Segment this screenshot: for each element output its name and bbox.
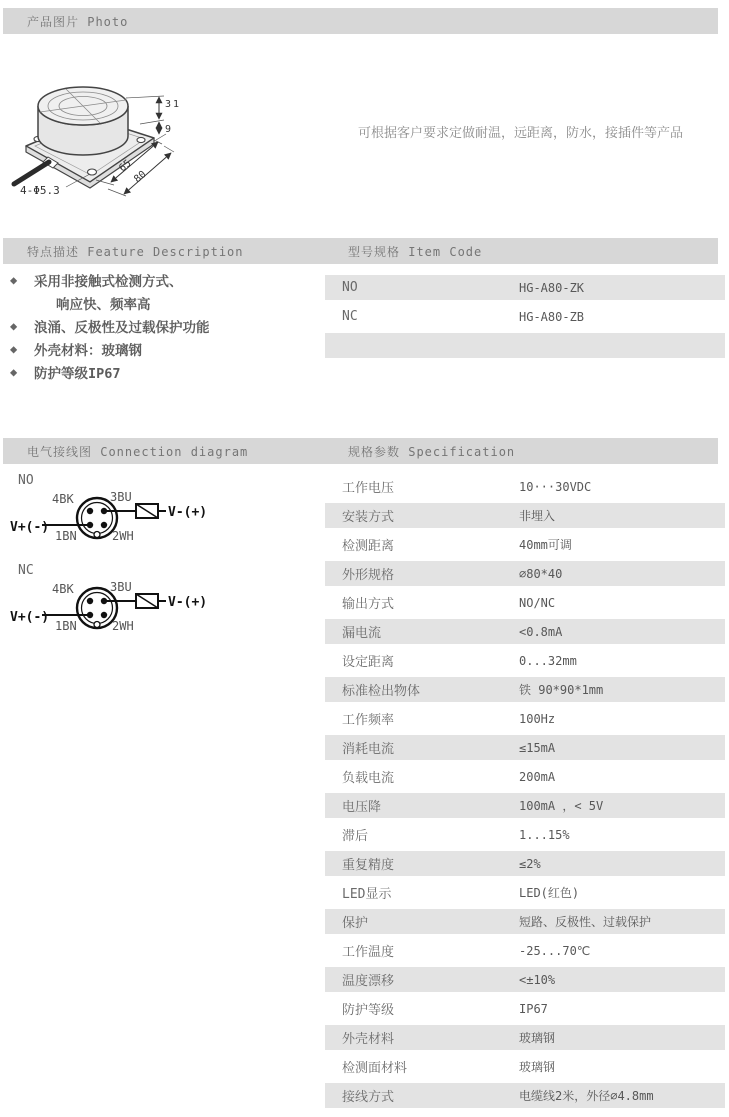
pin-1bn-label: 1BN — [55, 619, 77, 633]
wiring-diagram: NC 4BK 3BU 1BN 2WH — [8, 558, 233, 648]
spec-row: 检测距离 40mm可调 — [325, 532, 725, 557]
spec-row: 安装方式 非埋入 — [325, 503, 725, 528]
pin-1bn-label: 1BN — [55, 529, 77, 543]
spec-value: -25...70℃ — [519, 944, 590, 958]
spec-value: <0.8mA — [519, 625, 562, 639]
spec-label: 防护等级 — [325, 999, 394, 1018]
wiring-diagrams: NO 4BK 3BU 1BN 2WH — [8, 468, 233, 648]
spec-row: 工作频率 100Hz — [325, 706, 725, 731]
spec-row: 滞后 1...15% — [325, 822, 725, 847]
spec-value: 玻璃钢 — [519, 1029, 555, 1046]
spec-row: 消耗电流 ≤15mA — [325, 735, 725, 760]
diamond-bullet-icon: ◆ — [10, 273, 34, 287]
spec-row: 负载电流 200mA — [325, 764, 725, 789]
spec-label: 消耗电流 — [325, 738, 394, 757]
spec-value: LED(红色) — [519, 884, 579, 901]
dim-holes-label: 4-Φ5.3 — [20, 184, 60, 197]
spec-row: 接线方式 电缆线2米，外径∅4.8mm — [325, 1083, 725, 1108]
spec-label: 标准检出物体 — [325, 680, 420, 699]
pin-4bk-label: 4BK — [52, 582, 74, 596]
spec-value: 10···30VDC — [519, 480, 591, 494]
spec-label: 外壳材料 — [325, 1028, 394, 1047]
spec-row: 漏电流 <0.8mA — [325, 619, 725, 644]
sensor-dimension-drawing-icon: 31 9 65 80 4-Φ5.3 — [8, 76, 198, 206]
feature-item: ◆ 外壳材料：玻璃钢 — [10, 337, 325, 360]
diamond-bullet-icon: ◆ — [10, 319, 34, 333]
spec-label: 接线方式 — [325, 1086, 394, 1105]
pin-2wh-label: 2WH — [112, 529, 134, 543]
spec-value: ≤15mA — [519, 741, 555, 755]
dim-height-label: 31 — [165, 99, 181, 110]
spec-row: 工作温度 -25...70℃ — [325, 938, 725, 963]
spec-label: LED显示 — [325, 883, 391, 902]
spec-row: 检测面材料 玻璃钢 — [325, 1054, 725, 1079]
photo-section-header: 产品图片 Photo — [3, 8, 718, 34]
spec-label: 检测距离 — [325, 535, 394, 554]
item-code-row: NO HG-A80-ZK — [325, 275, 725, 300]
photo-section-title: 产品图片 Photo — [3, 13, 128, 30]
spec-label: 设定距离 — [325, 651, 394, 670]
pin-2wh-label: 2WH — [112, 619, 134, 633]
spec-row: 外壳材料 玻璃钢 — [325, 1025, 725, 1050]
feature-itemcode-header: 特点描述 Feature Description 型号规格 Item Code — [3, 238, 718, 264]
feature-item: ◆ 防护等级IP67 — [10, 360, 325, 383]
spec-section-title: 规格参数 Specification — [348, 443, 515, 460]
dim-length-label: 80 — [132, 169, 148, 185]
item-code-row: NC HG-A80-ZB — [325, 304, 725, 329]
spec-label: 输出方式 — [325, 593, 394, 612]
spec-row: LED显示 LED(红色) — [325, 880, 725, 905]
spec-row: 温度漂移 <±10% — [325, 967, 725, 992]
spec-row: 重复精度 ≤2% — [325, 851, 725, 876]
spec-label: 安装方式 — [325, 506, 394, 525]
vminus-terminal-label: V-(+) — [168, 595, 207, 610]
spec-label: 工作温度 — [325, 941, 394, 960]
item-code-row — [325, 333, 725, 358]
feature-text: 采用非接触式检测方式、 — [34, 270, 183, 290]
specification-table: 工作电压 10···30VDC 安装方式 非埋入 检测距离 40mm可调 外形规… — [325, 474, 725, 1112]
spec-row: 输出方式 NO/NC — [325, 590, 725, 615]
spec-row: 外形规格 ∅80*40 — [325, 561, 725, 586]
spec-value: IP67 — [519, 1002, 548, 1016]
spec-value: 40mm可调 — [519, 536, 572, 553]
feature-text: 防护等级IP67 — [34, 362, 121, 382]
pin-4bk-label: 4BK — [52, 492, 74, 506]
spec-value: 电缆线2米，外径∅4.8mm — [519, 1087, 654, 1104]
feature-list: ◆ 采用非接触式检测方式、 响应快、频率高 ◆ 浪涌、反极性及过载保护功能 ◆ … — [10, 268, 325, 383]
vplus-terminal-label: V+(-) — [10, 610, 49, 625]
spec-row: 标准检出物体 铁 90*90*1mm — [325, 677, 725, 702]
datasheet-page: 产品图片 Photo — [0, 0, 729, 1117]
feature-text: 响应快、频率高 — [34, 293, 151, 313]
connector-wiring-icon: NO 4BK 3BU 1BN 2WH — [8, 468, 228, 558]
spec-value: 1...15% — [519, 828, 570, 842]
spec-row: 电压降 100mA ，< 5V — [325, 793, 725, 818]
spec-value: 0...32mm — [519, 654, 577, 668]
spec-value: 100mA ，< 5V — [519, 797, 603, 814]
spec-label: 工作电压 — [325, 477, 394, 496]
spec-value: 100Hz — [519, 712, 555, 726]
spec-row: 设定距离 0...32mm — [325, 648, 725, 673]
feature-text: 浪涌、反极性及过载保护功能 — [34, 316, 210, 336]
spec-value: 非埋入 — [519, 507, 555, 524]
vminus-terminal-label: V-(+) — [168, 505, 207, 520]
spec-value: 短路、反极性、过载保护 — [519, 913, 651, 930]
spec-value: 玻璃钢 — [519, 1058, 555, 1075]
spec-label: 外形规格 — [325, 564, 394, 583]
connection-section-title: 电气接线图 Connection diagram — [3, 443, 248, 460]
diagram-type-label: NC — [18, 563, 34, 578]
diamond-bullet-icon: ◆ — [10, 365, 34, 379]
spec-label: 工作频率 — [325, 709, 394, 728]
vplus-terminal-label: V+(-) — [10, 520, 49, 535]
spec-row: 工作电压 10···30VDC — [325, 474, 725, 499]
wiring-diagram: NO 4BK 3BU 1BN 2WH — [8, 468, 233, 558]
spec-value: NO/NC — [519, 596, 555, 610]
dim-flange-label: 9 — [165, 124, 171, 135]
item-code-type: NO — [325, 280, 358, 295]
item-code-value: HG-A80-ZB — [519, 310, 584, 324]
spec-value: <±10% — [519, 973, 555, 987]
connection-spec-header: 电气接线图 Connection diagram 规格参数 Specificat… — [3, 438, 718, 464]
spec-label: 温度漂移 — [325, 970, 394, 989]
spec-label: 保护 — [325, 912, 368, 931]
item-code-table: NO HG-A80-ZK NC HG-A80-ZB — [325, 275, 725, 362]
connector-wiring-icon: NC 4BK 3BU 1BN 2WH — [8, 558, 228, 648]
customization-note: 可根据客户要求定做耐温，远距离，防水，接插件等产品 — [358, 122, 683, 141]
spec-value: ≤2% — [519, 857, 541, 871]
item-code-value: HG-A80-ZK — [519, 281, 584, 295]
features-section-title: 特点描述 Feature Description — [3, 243, 244, 260]
feature-item: ◆ 浪涌、反极性及过载保护功能 — [10, 314, 325, 337]
diagram-type-label: NO — [18, 473, 34, 488]
pin-3bu-label: 3BU — [110, 490, 132, 504]
item-code-type: NC — [325, 309, 358, 324]
spec-row: 保护 短路、反极性、过载保护 — [325, 909, 725, 934]
feature-item-continuation: 响应快、频率高 — [10, 291, 325, 314]
item-code-section-title: 型号规格 Item Code — [348, 243, 482, 260]
feature-item: ◆ 采用非接触式检测方式、 — [10, 268, 325, 291]
diamond-bullet-icon: ◆ — [10, 342, 34, 356]
spec-label: 重复精度 — [325, 854, 394, 873]
spec-label: 漏电流 — [325, 622, 381, 641]
pin-3bu-label: 3BU — [110, 580, 132, 594]
spec-row: 防护等级 IP67 — [325, 996, 725, 1021]
spec-value: 铁 90*90*1mm — [519, 681, 603, 698]
spec-label: 电压降 — [325, 796, 381, 815]
spec-label: 滞后 — [325, 825, 368, 844]
feature-text: 外壳材料：玻璃钢 — [34, 339, 142, 359]
spec-value: ∅80*40 — [519, 567, 562, 581]
spec-value: 200mA — [519, 770, 555, 784]
spec-label: 负载电流 — [325, 767, 394, 786]
spec-label: 检测面材料 — [325, 1057, 407, 1076]
product-drawing: 31 9 65 80 4-Φ5.3 — [8, 76, 198, 210]
